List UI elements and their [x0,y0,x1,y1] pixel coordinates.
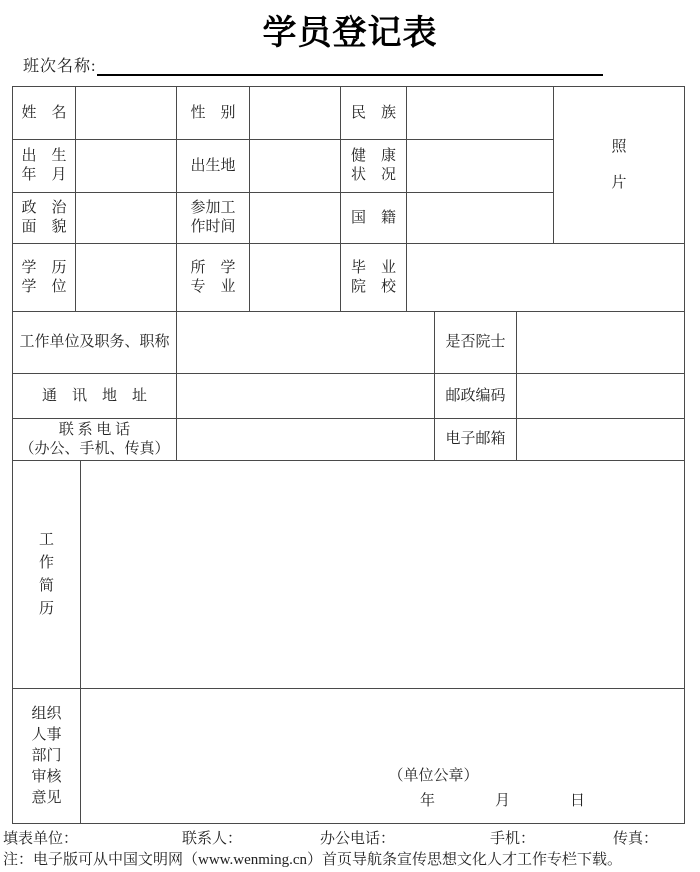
resume-label-char: 工 [13,529,80,552]
office-phone-label: 办公电话： [320,827,395,848]
academician-input-cell[interactable] [517,312,685,374]
page-title: 学员登记表 [0,5,700,54]
health-label-cell: 健 康 状 况 [341,140,407,193]
fill-unit-label: 填表单位： [3,827,78,848]
resume-label-char: 简 [13,575,80,598]
graduate-school-input-cell[interactable] [407,244,685,312]
class-name-fill-line[interactable] [97,56,603,76]
work-join-time-label-line: 参加工 [177,199,249,218]
email-label-cell: 电子邮箱 [435,419,517,461]
download-note: 注：电子版可从中国文明网（www.wenming.cn）首页导航条宣传思想文化人… [3,848,622,869]
table-row: 联 系 电 话 （办公、手机、传真） 电子邮箱 [13,419,685,461]
ethnicity-input-cell[interactable] [407,87,554,140]
work-join-time-label-cell: 参加工 作时间 [177,193,250,244]
class-name-field: 班次名称: [23,53,603,76]
name-label-cell: 姓 名 [13,87,76,140]
graduate-school-label-line: 毕 业 [341,259,406,278]
seal-note: （单位公章） [132,767,685,785]
education-degree-input-cell[interactable] [76,244,177,312]
postal-code-input-cell[interactable] [517,374,685,419]
birth-date-label-cell: 出 生 年 月 [13,140,76,193]
review-label-line: 部门 [13,746,80,767]
birth-date-label-line: 出 生 [13,147,75,166]
phone-label-line: 联 系 电 话 [13,421,176,440]
email-input-cell[interactable] [517,419,685,461]
contact-label: 联系人： [182,827,242,848]
major-input-cell[interactable] [250,244,341,312]
phone-label-line: （办公、手机、传真） [13,440,176,458]
review-label-line: 组织 [13,704,80,725]
graduate-school-label-cell: 毕 业 院 校 [341,244,407,312]
health-input-cell[interactable] [407,140,554,193]
fax-label: 传真： [613,827,658,848]
gender-label-cell: 性 别 [177,87,250,140]
gender-input-cell[interactable] [250,87,341,140]
postal-code-label-cell: 邮政编码 [435,374,517,419]
political-status-label-line: 政 治 [13,199,75,218]
birthplace-label-cell: 出生地 [177,140,250,193]
table-row: 学 历 学 位 所 学 专 业 毕 业 院 校 [13,244,685,312]
table-row: 组织 人事 部门 审核 意见 （单位公章） 年 月 日 [13,689,685,824]
nationality-input-cell[interactable] [407,193,554,244]
table-row: 工作单位及职务、职称 是否院士 [13,312,685,374]
academician-label-cell: 是否院士 [435,312,517,374]
employer-title-label-cell: 工作单位及职务、职称 [13,312,177,374]
photo-label-char: 照 [554,129,684,165]
review-label-cell: 组织 人事 部门 审核 意见 [13,689,81,824]
name-input-cell[interactable] [76,87,177,140]
political-status-label-line: 面 貌 [13,218,75,237]
resume-label-char: 历 [13,598,80,621]
phone-input-cell[interactable] [177,419,435,461]
review-label-line: 审核 [13,767,80,788]
table-row: 工 作 简 历 [13,461,685,689]
education-degree-label-line: 学 位 [13,278,75,297]
review-content-cell[interactable]: （单位公章） 年 月 日 [81,689,685,824]
photo-area-cell[interactable]: 照 片 [554,87,685,244]
table-row: 通 讯 地 址 邮政编码 [13,374,685,419]
education-degree-label-cell: 学 历 学 位 [13,244,76,312]
work-join-time-label-line: 作时间 [177,218,249,237]
education-degree-label-line: 学 历 [13,259,75,278]
health-label-line: 状 况 [341,166,406,185]
graduate-school-label-line: 院 校 [341,278,406,297]
resume-input-cell[interactable] [81,461,685,689]
class-name-label: 班次名称: [23,53,96,76]
photo-label-char: 片 [554,165,684,201]
birth-date-input-cell[interactable] [76,140,177,193]
address-label-cell: 通 讯 地 址 [13,374,177,419]
mobile-label: 手机： [490,827,535,848]
registration-table: 姓 名 性 别 民 族 照 片 出 生 年 月 出生地 健 康 状 况 [12,86,685,824]
major-label-line: 所 学 [177,259,249,278]
review-label-line: 意见 [13,788,80,809]
birthplace-input-cell[interactable] [250,140,341,193]
nationality-label-cell: 国 籍 [341,193,407,244]
resume-label-cell: 工 作 简 历 [13,461,81,689]
employer-title-input-cell[interactable] [177,312,435,374]
political-status-label-cell: 政 治 面 貌 [13,193,76,244]
date-placeholder: 年 月 日 [201,792,685,810]
major-label-cell: 所 学 专 业 [177,244,250,312]
ethnicity-label-cell: 民 族 [341,87,407,140]
student-registration-form-page: 学员登记表 班次名称: 姓 名 性 别 民 族 照 片 出 生 年 月 [0,0,700,872]
resume-label-char: 作 [13,552,80,575]
work-join-time-input-cell[interactable] [250,193,341,244]
birth-date-label-line: 年 月 [13,166,75,185]
table-row: 姓 名 性 别 民 族 照 片 [13,87,685,140]
review-label-line: 人事 [13,725,80,746]
address-input-cell[interactable] [177,374,435,419]
major-label-line: 专 业 [177,278,249,297]
phone-label-cell: 联 系 电 话 （办公、手机、传真） [13,419,177,461]
health-label-line: 健 康 [341,147,406,166]
political-status-input-cell[interactable] [76,193,177,244]
